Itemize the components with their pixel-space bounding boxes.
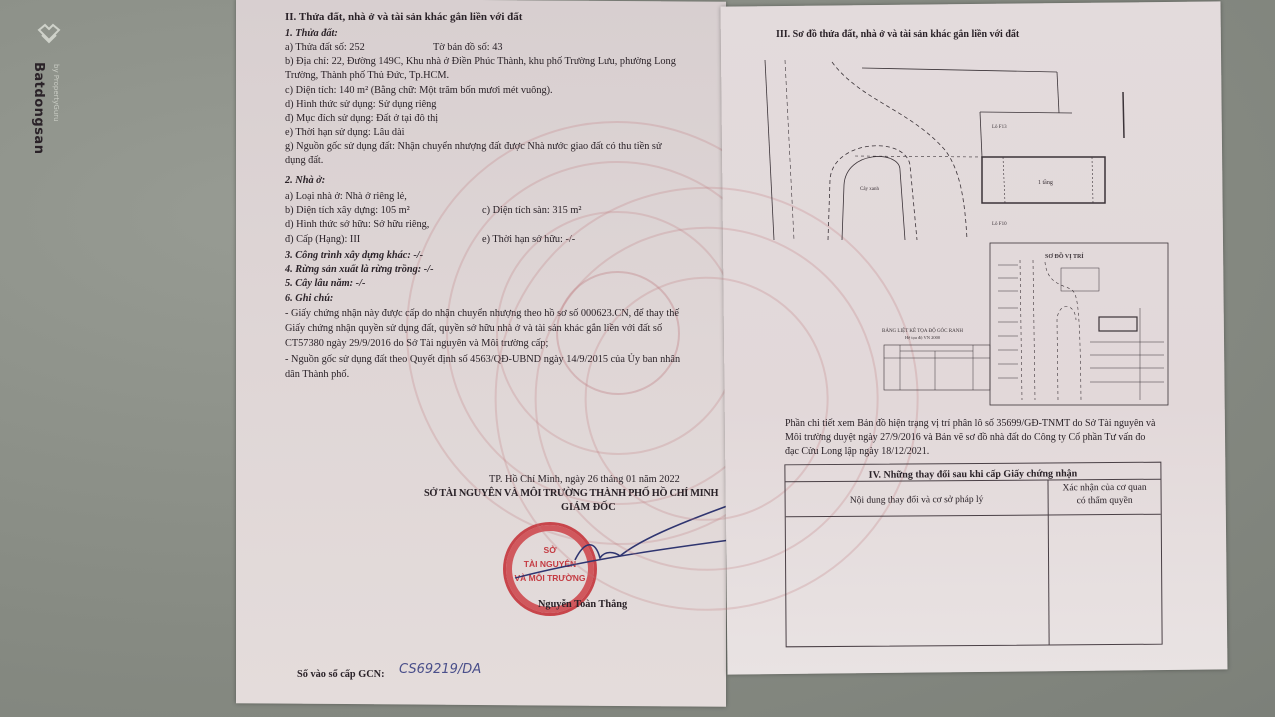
land-use-form: d) Hình thức sử dụng: Sử dụng riêng — [285, 98, 436, 111]
detail-note-line2: Môi trường duyệt ngày 27/9/2016 và Bản v… — [785, 431, 1145, 444]
note2-line2: dân Thành phố. — [285, 368, 349, 381]
other-construction: 3. Công trình xây dựng khác: -/- — [285, 249, 423, 262]
land-use-term: e) Thời hạn sử dụng: Lâu dài — [285, 126, 405, 139]
batdongsan-logo-icon — [36, 22, 62, 48]
house-floor-area: c) Diện tích sàn: 315 m² — [482, 204, 581, 217]
svg-text:Hệ tọa độ VN 2000: Hệ tọa độ VN 2000 — [905, 335, 941, 340]
land-address-line2: Trường, Thành phố Thủ Đức, Tp.HCM. — [285, 69, 449, 82]
section-ii-title: II. Thửa đất, nhà ở và tài sản khác gắn … — [285, 11, 522, 24]
col-change-content: Nội dung thay đổi và cơ sở pháp lý — [850, 495, 984, 506]
land-origin-line2: dụng đất. — [285, 154, 323, 167]
house-build-area: b) Diện tích xây dựng: 105 m² — [285, 204, 410, 217]
land-heading: 1. Thửa đất: — [285, 27, 338, 40]
changes-table-title: IV. Những thay đổi sau khi cấp Giấy chứn… — [869, 468, 1078, 480]
signer-name: Nguyễn Toàn Thắng — [538, 598, 627, 611]
parcel-map: 1 tầng Lô F13 Lô F10 Cây xanh SƠ ĐỒ VỊ T… — [760, 40, 1180, 430]
house-grade: đ) Cấp (Hạng): III — [285, 233, 360, 246]
location-diagram — [990, 243, 1168, 405]
svg-text:Cây xanh: Cây xanh — [860, 187, 880, 192]
land-address-line1: b) Địa chỉ: 22, Đường 149C, Khu nhà ở Đi… — [285, 55, 676, 68]
svg-text:1 tầng: 1 tầng — [1038, 179, 1053, 186]
gcn-number: CS69219/DA — [399, 663, 481, 676]
land-use-purpose: đ) Mục đích sử dụng: Đất ở tại đô thị — [285, 112, 438, 125]
perennial-trees: 5. Cây lâu năm: -/- — [285, 277, 365, 290]
col-confirmation-line2: có thẩm quyền — [1049, 495, 1161, 509]
svg-text:SƠ ĐỒ VỊ TRÍ: SƠ ĐỒ VỊ TRÍ — [1045, 252, 1084, 260]
house-heading: 2. Nhà ở: — [285, 174, 325, 187]
col-confirmation-line1: Xác nhận của cơ quan — [1048, 482, 1160, 496]
land-map-sheet: Tờ bản đồ số: 43 — [433, 41, 503, 54]
svg-text:Lô F10: Lô F10 — [992, 222, 1007, 227]
watermark-brand: Batdongsan — [32, 62, 45, 154]
house-type: a) Loại nhà ở: Nhà ở riêng lẻ, — [285, 190, 407, 203]
house-ownership-form: d) Hình thức sở hữu: Sở hữu riêng, — [285, 218, 429, 231]
land-origin-line1: g) Nguồn gốc sử dụng đất: Nhận chuyển nh… — [285, 140, 662, 153]
gcn-label: Số vào sổ cấp GCN: — [297, 668, 385, 681]
svg-text:Lô F13: Lô F13 — [992, 125, 1007, 130]
production-forest: 4. Rừng sản xuất là rừng trồng: -/- — [285, 263, 434, 276]
detail-note-line3: đạc Cửu Long lập ngày 18/12/2021. — [785, 445, 929, 458]
changes-table-header-row: Nội dung thay đổi và cơ sở pháp lý Xác n… — [785, 480, 1160, 518]
watermark-sub: by PropertyGuru — [52, 64, 60, 122]
land-area: c) Diện tích: 140 m² (Bằng chữ: Một trăm… — [285, 84, 553, 97]
land-parcel-number: a) Thửa đất số: 252 — [285, 41, 365, 54]
changes-table: IV. Những thay đổi sau khi cấp Giấy chứn… — [784, 462, 1162, 648]
notes-heading: 6. Ghi chú: — [285, 292, 333, 305]
detail-note-line1: Phần chi tiết xem Bản đồ hiện trạng vị t… — [785, 417, 1155, 430]
svg-text:BẢNG LIỆT KÊ TỌA ĐỘ GÓC RANH: BẢNG LIỆT KÊ TỌA ĐỘ GÓC RANH — [882, 328, 963, 334]
watermark: Batdongsan by PropertyGuru — [30, 22, 70, 162]
